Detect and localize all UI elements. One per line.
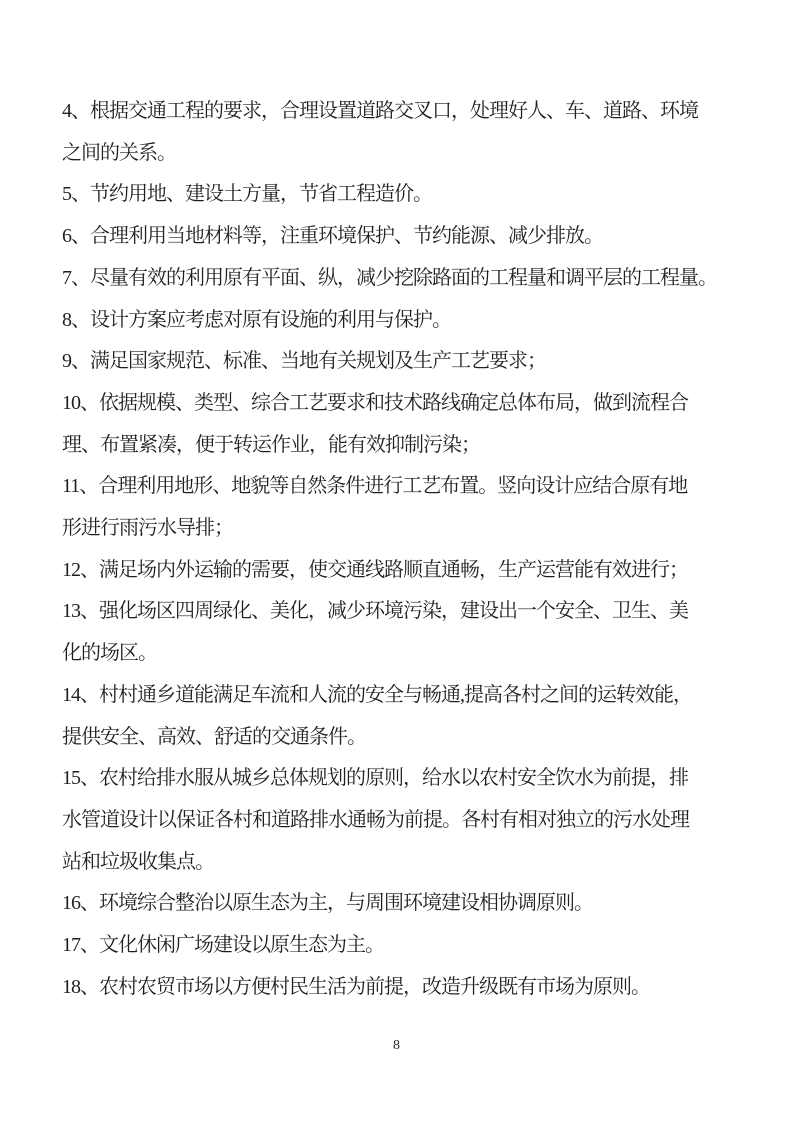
page-number: 8 — [393, 1038, 400, 1053]
paragraph-item-16: 16、环境综合整治以原生态为主，与周围环境建设相协调原则。 — [62, 883, 728, 925]
paragraph-item-11: 11、合理利用地形、地貌等自然条件进行工艺布置。竖向设计应结合原有地 形进行雨污… — [62, 466, 728, 549]
paragraph-item-7: 7、尽量有效的利用原有平面、纵，减少挖除路面的工程量和调平层的工程量。 — [62, 258, 728, 300]
paragraph-item-17: 17、文化休闲广场建设以原生态为主。 — [62, 925, 728, 967]
paragraph-item-4: 4、根据交通工程的要求，合理设置道路交叉口，处理好人、车、道路、环境 之间的关系… — [62, 91, 728, 174]
paragraph-item-9: 9、满足国家规范、标准、当地有关规划及生产工艺要求； — [62, 341, 728, 383]
paragraph-item-5: 5、节约用地、建设土方量，节省工程造价。 — [62, 174, 728, 216]
paragraph-item-8: 8、设计方案应考虑对原有设施的利用与保护。 — [62, 300, 728, 342]
document-page: 4、根据交通工程的要求，合理设置道路交叉口，处理好人、车、道路、环境 之间的关系… — [0, 0, 793, 1122]
paragraph-item-10: 10、依据规模、类型、综合工艺要求和技术路线确定总体布局，做到流程合 理、布置紧… — [62, 383, 728, 466]
paragraph-item-12: 12、满足场内外运输的需要，使交通线路顺直通畅，生产运营能有效进行； — [62, 550, 728, 592]
document-body: 4、根据交通工程的要求，合理设置道路交叉口，处理好人、车、道路、环境 之间的关系… — [62, 91, 728, 1008]
paragraph-item-14: 14、村村通乡道能满足车流和人流的安全与畅通,提高各村之间的运转效能， 提供安全… — [62, 675, 728, 758]
paragraph-item-18: 18、农村农贸市场以方便村民生活为前提，改造升级既有市场为原则。 — [62, 967, 728, 1009]
paragraph-item-15: 15、农村给排水服从城乡总体规划的原则，给水以农村安全饮水为前提，排 水管道设计… — [62, 758, 728, 883]
paragraph-item-6: 6、合理利用当地材料等，注重环境保护、节约能源、减少排放。 — [62, 216, 728, 258]
paragraph-item-13: 13、强化场区四周绿化、美化，减少环境污染，建设出一个安全、卫生、美 化的场区。 — [62, 591, 728, 674]
page-footer: 8 — [0, 1036, 793, 1055]
